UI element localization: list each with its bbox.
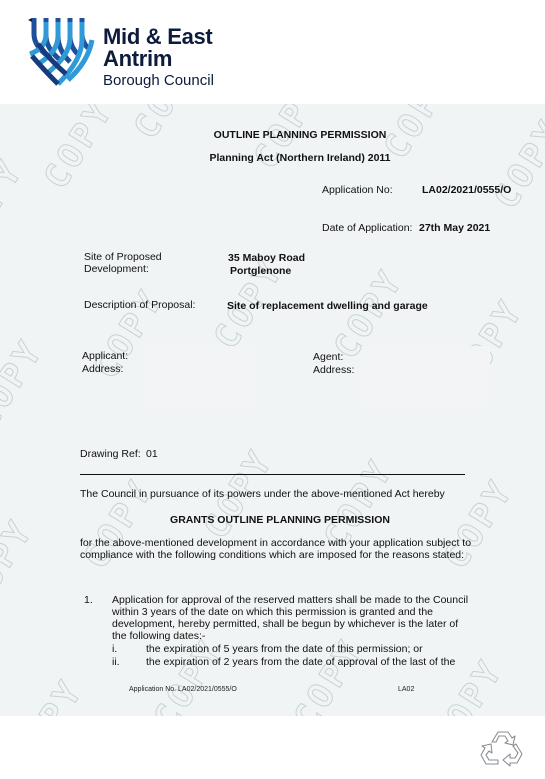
agent-address-label: Address: [313,364,354,377]
footer-application-no: Application No. LA02/2021/0555/O [129,686,237,693]
applicant-label: Applicant: [82,350,128,363]
condition-line: development, hereby permitted, shall be … [112,618,458,631]
subitem-marker: ii. [112,656,120,669]
condition-line: the following dates:- [112,630,205,643]
watermark-text: COPY [0,152,32,256]
section-divider [80,474,465,475]
application-no-value: LA02/2021/0555/O [422,184,511,197]
condition-line: within 3 years of the date on which this… [112,606,433,619]
agent-label: Agent: [313,351,343,364]
description-label: Description of Proposal: [84,299,195,312]
watermark-text: COPY [36,104,122,196]
subitem-marker: i. [112,643,117,656]
document-title: OUTLINE PLANNING PERMISSION [150,129,450,142]
agent-redacted-block [362,346,490,406]
footer-code: LA02 [398,686,414,693]
drawing-ref-value: 01 [146,448,158,461]
council-statement: The Council in pursuance of its powers u… [80,488,445,501]
intro-line1: for the above-mentioned development in a… [80,537,471,550]
description-value: Site of replacement dwelling and garage [227,300,428,313]
site-address-line1: 35 Maboy Road [228,252,305,265]
watermark-text: COPY [6,672,92,716]
woven-shield-logo-icon [24,12,96,88]
subitem-text: the expiration of 2 years from the date … [146,656,455,669]
site-address-line2: Portglenone [230,265,291,278]
council-name: Mid & East Antrim Borough Council [103,26,214,90]
condition-number: 1. [84,594,93,607]
application-no-label: Application No: [322,184,393,197]
applicant-redacted-block [142,346,254,406]
document-subtitle: Planning Act (Northern Ireland) 2011 [150,152,450,165]
condition-line: Application for approval of the reserved… [112,594,468,607]
date-of-application-label: Date of Application: [322,222,412,235]
grants-heading: GRANTS OUTLINE PLANNING PERMISSION [120,514,440,527]
watermark-text: COPY [486,112,545,216]
intro-line2: compliance with the following conditions… [80,549,464,562]
recycle-icon [478,728,524,770]
subitem-text: the expiration of 5 years from the date … [146,643,423,656]
letterhead: Mid & East Antrim Borough Council [0,0,545,104]
drawing-ref-label: Drawing Ref: [80,448,141,461]
date-of-application-value: 27th May 2021 [419,222,490,235]
watermark-text: COPY [0,332,52,436]
watermark-text: COPY [0,512,42,616]
org-name-line3: Borough Council [103,72,214,90]
applicant-address-label: Address: [82,363,123,376]
org-name-line2: Antrim [103,48,214,70]
site-label-line2: Development: [84,263,149,276]
org-name-line1: Mid & East [103,26,214,48]
